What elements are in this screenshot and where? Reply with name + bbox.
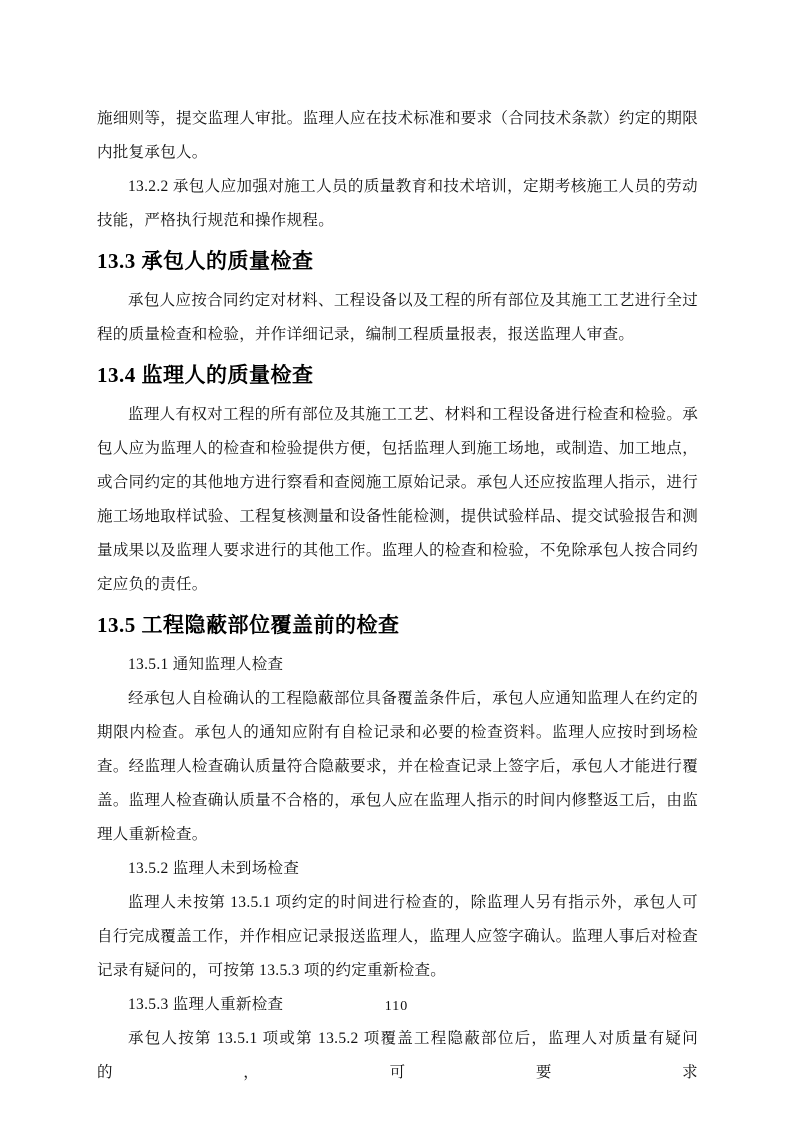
paragraph: 经承包人自检确认的工程隐蔽部位具备覆盖条件后，承包人应通知监理人在约定的期限内检… bbox=[97, 682, 698, 852]
section-heading: 13.5 工程隐蔽部位覆盖前的检查 bbox=[97, 607, 698, 643]
section-heading: 13.3 承包人的质量检查 bbox=[97, 243, 698, 279]
paragraph: 监理人未按第 13.5.1 项约定的时间进行检查的，除监理人另有指示外，承包人可… bbox=[97, 886, 698, 988]
paragraph: 监理人有权对工程的所有部位及其施工工艺、材料和工程设备进行检查和检验。承包人应为… bbox=[97, 398, 698, 602]
subsection-heading: 13.5.2 监理人未到场检查 bbox=[97, 852, 698, 886]
page-number: 110 bbox=[385, 999, 408, 1014]
paragraph: 施细则等，提交监理人审批。监理人应在技术标准和要求（合同技术条款）约定的期限内批… bbox=[97, 102, 698, 170]
section-heading: 13.4 监理人的质量检查 bbox=[97, 357, 698, 393]
page-footer: 110 bbox=[0, 997, 793, 1015]
paragraph: 承包人应按合同约定对材料、工程设备以及工程的所有部位及其施工工艺进行全过程的质量… bbox=[97, 284, 698, 352]
paragraph: 承包人按第 13.5.1 项或第 13.5.2 项覆盖工程隐蔽部位后，监理人对质… bbox=[97, 1022, 698, 1090]
paragraph: 13.2.2 承包人应加强对施工人员的质量教育和技术培训，定期考核施工人员的劳动… bbox=[97, 170, 698, 238]
document-page: 施细则等，提交监理人审批。监理人应在技术标准和要求（合同技术条款）约定的期限内批… bbox=[0, 0, 793, 1122]
document-content: 施细则等，提交监理人审批。监理人应在技术标准和要求（合同技术条款）约定的期限内批… bbox=[97, 102, 698, 1090]
subsection-heading: 13.5.1 通知监理人检查 bbox=[97, 648, 698, 682]
